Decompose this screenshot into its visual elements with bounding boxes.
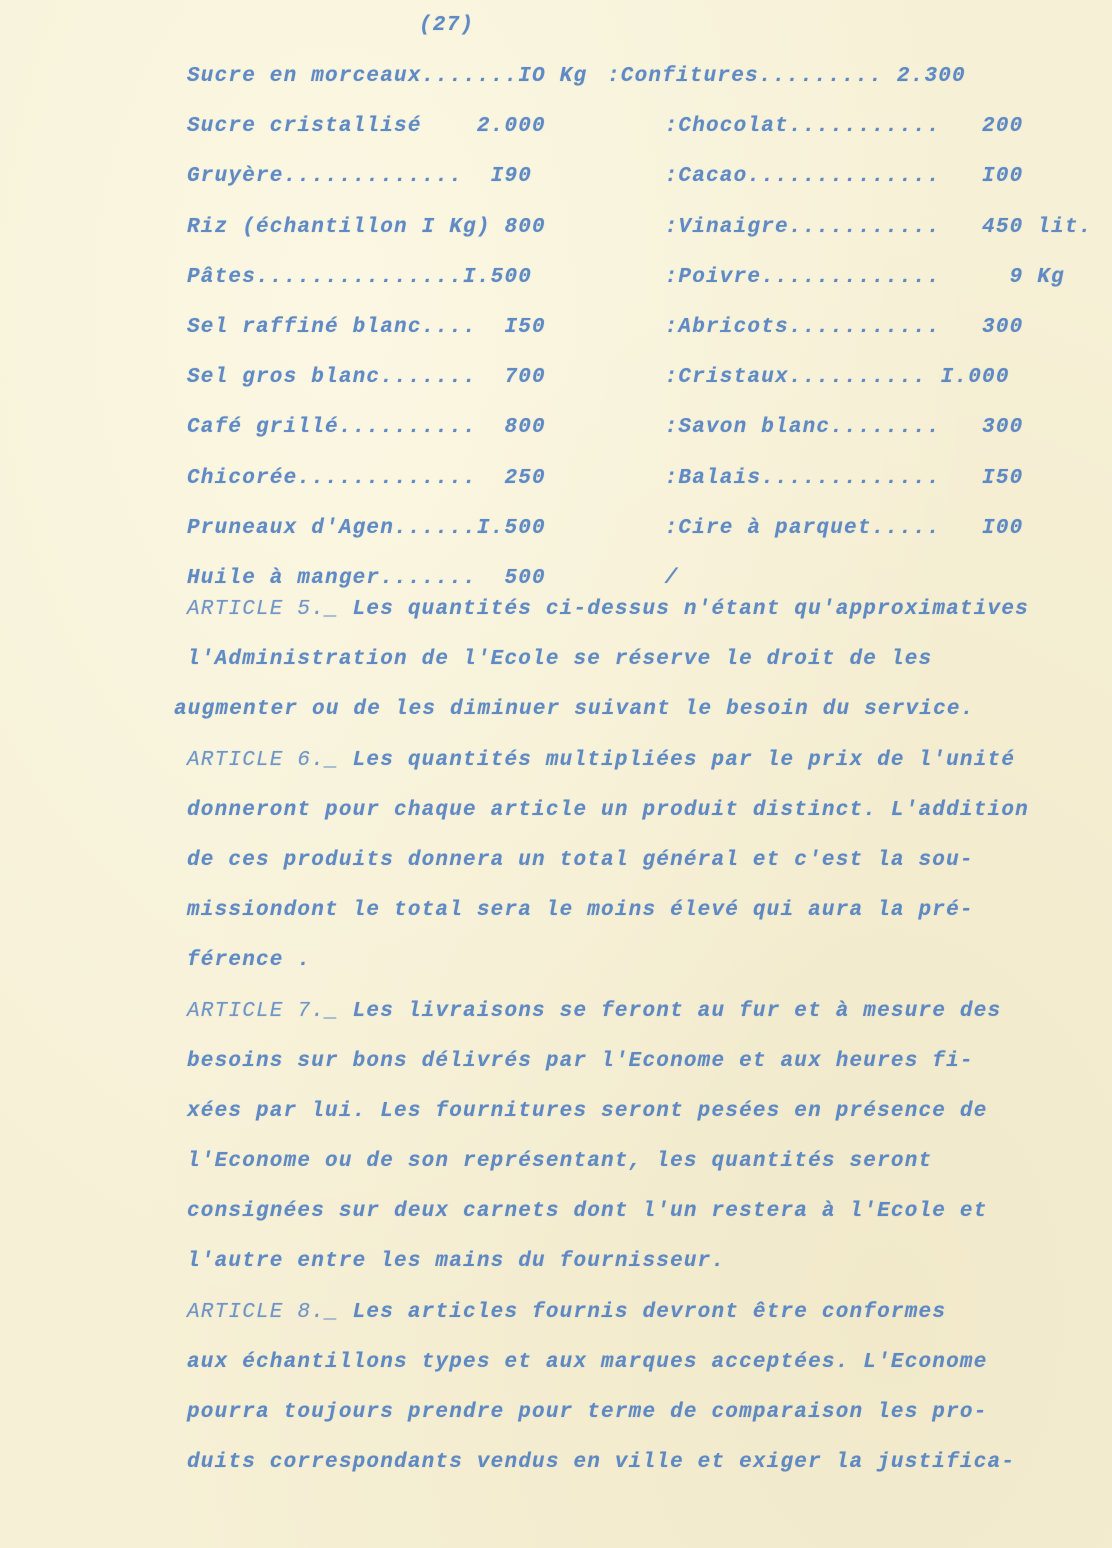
item-left: Gruyère............. I90 <box>187 163 532 191</box>
paragraph-line: augmenter ou de les diminuer suivant le … <box>174 696 1029 746</box>
document-page: (27) Sucre en morceaux.......IO Kg :Conf… <box>0 0 1112 1548</box>
paragraph-text: xées par lui. Les fournitures seront pes… <box>187 1100 988 1123</box>
articles: ARTICLE 5._ Les quantités ci-dessus n'ét… <box>187 596 1029 1499</box>
paragraph-text: aux échantillons types et aux marques ac… <box>187 1351 988 1374</box>
paragraph-text: Les quantités multipliées par le prix de… <box>339 749 1015 772</box>
item-left: Sucre cristallisé 2.000 <box>187 113 546 141</box>
list-item: Pruneaux d'Agen......I.500 :Cire à parqu… <box>187 515 1107 565</box>
paragraph-line: consignées sur deux carnets dont l'un re… <box>187 1198 1029 1248</box>
paragraph-text: férence . <box>187 949 311 972</box>
item-left: Sel gros blanc....... 700 <box>187 364 546 392</box>
list-item: Sucre en morceaux.......IO Kg :Confiture… <box>187 63 1107 113</box>
item-right: / <box>637 565 678 593</box>
paragraph-text: duits correspondants vendus en ville et … <box>187 1451 1015 1474</box>
paragraph-line: missiondont le total sera le moins élevé… <box>187 897 1029 947</box>
article-6-line: ARTICLE 6._ Les quantités multipliées pa… <box>187 747 1029 797</box>
item-right: :Confitures......... 2.300 <box>607 63 966 91</box>
paragraph-text: l'autre entre les mains du fournisseur. <box>187 1250 725 1273</box>
paragraph-text: pourra toujours prendre pour terme de co… <box>187 1401 988 1424</box>
item-right: :Cacao.............. I00 <box>637 163 1023 191</box>
paragraph-line: l'Econome ou de son représentant, les qu… <box>187 1148 1029 1198</box>
paragraph-text: besoins sur bons délivrés par l'Econome … <box>187 1050 974 1073</box>
paragraph-text: de ces produits donnera un total général… <box>187 849 974 872</box>
item-right: :Chocolat........... 200 <box>637 113 1023 141</box>
list-item: Sucre cristallisé 2.000 :Chocolat.......… <box>187 113 1107 163</box>
item-right: :Vinaigre........... 450 lit. <box>637 214 1092 242</box>
item-right: :Cire à parquet..... I00 <box>637 515 1023 543</box>
article-7-label: ARTICLE 7._ <box>187 1000 339 1023</box>
paragraph-text: l'Administration de l'Ecole se réserve l… <box>187 648 932 671</box>
paragraph-line: duits correspondants vendus en ville et … <box>187 1449 1029 1499</box>
paragraph-text: Les articles fournis devront être confor… <box>339 1301 946 1324</box>
supplies-list: Sucre en morceaux.......IO Kg :Confiture… <box>187 63 1107 615</box>
paragraph-line: pourra toujours prendre pour terme de co… <box>187 1399 1029 1449</box>
article-5-line: ARTICLE 5._ Les quantités ci-dessus n'ét… <box>187 596 1029 646</box>
article-8-line: ARTICLE 8._ Les articles fournis devront… <box>187 1299 1029 1349</box>
item-right: :Cristaux.......... I.000 <box>637 364 1010 392</box>
paragraph-line: xées par lui. Les fournitures seront pes… <box>187 1098 1029 1148</box>
article-6-label: ARTICLE 6._ <box>187 749 339 772</box>
item-left: Riz (échantillon I Kg) 800 <box>187 214 546 242</box>
paragraph-line: l'Administration de l'Ecole se réserve l… <box>187 646 1029 696</box>
paragraph-line: besoins sur bons délivrés par l'Econome … <box>187 1048 1029 1098</box>
list-item: Pâtes...............I.500 :Poivre.......… <box>187 264 1107 314</box>
list-item: Sel gros blanc....... 700 :Cristaux.....… <box>187 364 1107 414</box>
paragraph-line: l'autre entre les mains du fournisseur. <box>187 1248 1029 1298</box>
list-item: Gruyère............. I90 :Cacao.........… <box>187 163 1107 213</box>
item-right: :Balais............. I50 <box>637 465 1023 493</box>
paragraph-text: Les livraisons se feront au fur et à mes… <box>339 1000 1002 1023</box>
item-left: Sel raffiné blanc.... I50 <box>187 314 546 342</box>
item-left: Pruneaux d'Agen......I.500 <box>187 515 546 543</box>
item-left: Huile à manger....... 500 <box>187 565 546 593</box>
paragraph-text: augmenter ou de les diminuer suivant le … <box>174 698 975 721</box>
paragraph-text: donneront pour chaque article un produit… <box>187 799 1029 822</box>
paragraph-line: de ces produits donnera un total général… <box>187 847 1029 897</box>
item-left: Café grillé.......... 800 <box>187 414 546 442</box>
article-8-label: ARTICLE 8._ <box>187 1301 339 1324</box>
item-left: Sucre en morceaux.......IO Kg <box>187 63 587 91</box>
item-right: :Savon blanc........ 300 <box>637 414 1023 442</box>
article-7-line: ARTICLE 7._ Les livraisons se feront au … <box>187 998 1029 1048</box>
list-item: Riz (échantillon I Kg) 800 :Vinaigre....… <box>187 214 1107 264</box>
list-item: Sel raffiné blanc.... I50 :Abricots.....… <box>187 314 1107 364</box>
page-number: (27) <box>419 14 474 37</box>
list-item: Café grillé.......... 800 :Savon blanc..… <box>187 414 1107 464</box>
item-right: :Abricots........... 300 <box>637 314 1023 342</box>
paragraph-text: l'Econome ou de son représentant, les qu… <box>187 1150 932 1173</box>
article-5-label: ARTICLE 5._ <box>187 598 339 621</box>
item-left: Chicorée............. 250 <box>187 465 546 493</box>
paragraph-line: donneront pour chaque article un produit… <box>187 797 1029 847</box>
item-left: Pâtes...............I.500 <box>187 264 532 292</box>
item-right: :Poivre............. 9 Kg <box>637 264 1065 292</box>
paragraph-text: consignées sur deux carnets dont l'un re… <box>187 1200 988 1223</box>
list-item: Chicorée............. 250 :Balais.......… <box>187 465 1107 515</box>
paragraph-line: aux échantillons types et aux marques ac… <box>187 1349 1029 1399</box>
paragraph-text: Les quantités ci-dessus n'étant qu'appro… <box>339 598 1029 621</box>
paragraph-text: missiondont le total sera le moins élevé… <box>187 899 974 922</box>
paragraph-line: férence . <box>187 947 1029 997</box>
